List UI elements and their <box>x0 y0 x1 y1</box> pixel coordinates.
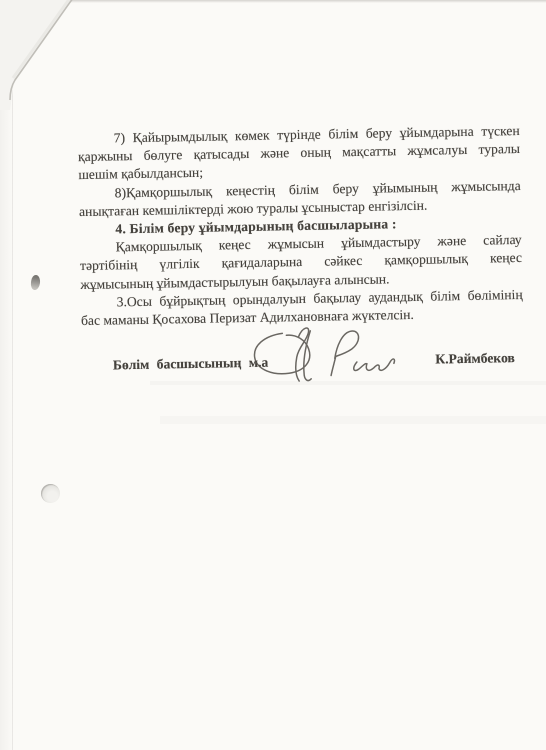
scan-streak <box>160 416 546 424</box>
scan-left-crease-line <box>12 60 13 750</box>
scanned-document-page: 7) Қайырымдылық көмек түрінде білім беру… <box>0 0 546 750</box>
signature-label: Бөлім басшысының м.а <box>82 355 269 374</box>
document-body: 7) Қайырымдылық көмек түрінде білім беру… <box>78 122 525 400</box>
ink-speck <box>30 274 41 290</box>
scan-edge-top <box>70 0 546 3</box>
punch-hole-mark <box>41 484 60 503</box>
handwritten-signature <box>248 321 401 388</box>
signatory-name: К.Раймбеков <box>435 350 524 368</box>
corner-fold-crease <box>0 0 130 110</box>
